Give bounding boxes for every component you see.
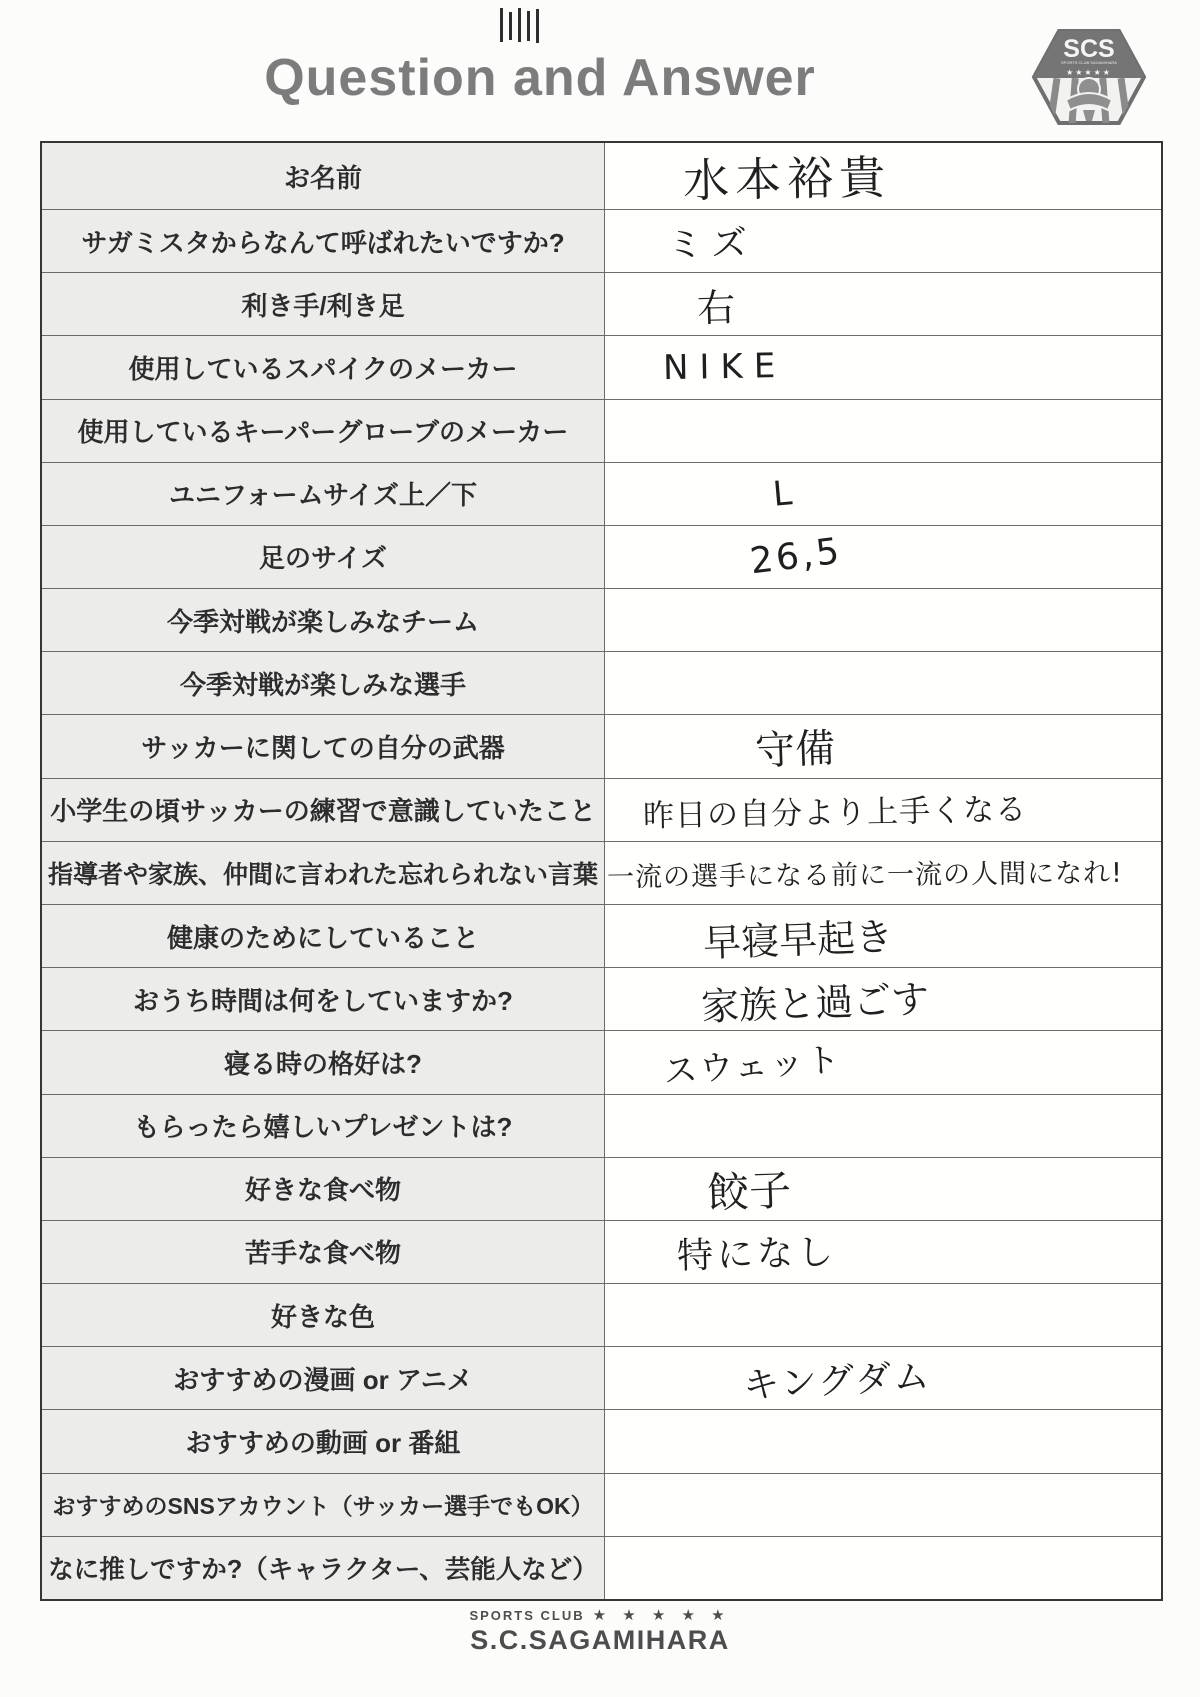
qa-row: サッカーに関しての自分の武器 守備 <box>42 714 1161 777</box>
question-cell: サッカーに関しての自分の武器 <box>42 715 605 777</box>
question-text: おすすめの漫画 or アニメ <box>173 1360 472 1397</box>
answer-cell <box>605 1474 1161 1536</box>
qa-row: 指導者や家族、仲間に言われた忘れられない言葉 一流の選手になる前に一流の人間にな… <box>42 841 1161 904</box>
footer-club-wordmark: SPORTS CLUB★ ★ ★ ★ ★ S.C.SAGAMIHARA <box>0 1606 1200 1656</box>
question-cell: お名前 <box>42 143 605 209</box>
qa-row: 使用しているキーパーグローブのメーカー <box>42 399 1161 462</box>
qa-row: 利き手/利き足 右 <box>42 272 1161 335</box>
qa-row: 好きな色 <box>42 1283 1161 1346</box>
question-text: 使用しているスパイクのメーカー <box>129 349 518 386</box>
qa-row: もらったら嬉しいプレゼントは? <box>42 1094 1161 1157</box>
question-text: おすすめの動画 or 番組 <box>186 1423 461 1460</box>
answer-handwriting: キングダム <box>742 1348 933 1409</box>
answer-handwriting: 守備 <box>754 717 836 777</box>
question-text: サガミスタからなんて呼ばれたいですか? <box>81 223 564 260</box>
qa-row: 苦手な食べ物 特になし <box>42 1220 1161 1283</box>
question-text: 指導者や家族、仲間に言われた忘れられない言葉 <box>48 855 598 891</box>
question-cell: 使用しているキーパーグローブのメーカー <box>42 400 605 462</box>
answer-cell: 右 <box>605 273 1161 335</box>
answer-handwriting: NIKE <box>663 346 787 388</box>
question-cell: おうち時間は何をしていますか? <box>42 968 605 1030</box>
footer-sports-club-line: SPORTS CLUB★ ★ ★ ★ ★ <box>0 1606 1200 1624</box>
question-cell: 利き手/利き足 <box>42 273 605 335</box>
answer-cell: キングダム <box>605 1347 1161 1409</box>
answer-cell: スウェット <box>605 1031 1161 1093</box>
qa-row: お名前 水本裕貴 <box>42 143 1161 209</box>
question-cell: ユニフォームサイズ上／下 <box>42 463 605 525</box>
answer-cell: 家族と過ごす <box>605 968 1161 1030</box>
answer-handwriting: ミズ <box>666 214 755 267</box>
qa-row: 健康のためにしていること 早寝早起き <box>42 904 1161 967</box>
answer-handwriting: 家族と過ごす <box>700 968 930 1031</box>
answer-cell: 水本裕貴 <box>605 143 1161 209</box>
answer-cell: 昨日の自分より上手くなる <box>605 779 1161 841</box>
answer-handwriting: 水本裕貴 <box>682 141 891 211</box>
question-cell: 使用しているスパイクのメーカー <box>42 336 605 398</box>
question-cell: もらったら嬉しいプレゼントは? <box>42 1095 605 1157</box>
question-cell: 好きな食べ物 <box>42 1158 605 1220</box>
question-cell: おすすめの漫画 or アニメ <box>42 1347 605 1409</box>
qa-row: 今季対戦が楽しみな選手 <box>42 651 1161 714</box>
question-text: 好きな食べ物 <box>245 1170 401 1207</box>
question-text: 寝る時の格好は? <box>224 1044 422 1081</box>
answer-cell <box>605 1537 1161 1599</box>
scs-logo-subtext: SPORTS CLUB SAGAMIHARA <box>1061 60 1117 65</box>
qa-row: 寝る時の格好は? スウェット <box>42 1030 1161 1093</box>
question-cell: おすすめのSNSアカウント（サッカー選手でもOK） <box>42 1474 605 1536</box>
question-cell: 健康のためにしていること <box>42 905 605 967</box>
qa-row: サガミスタからなんて呼ばれたいですか? ミズ <box>42 209 1161 272</box>
question-cell: 今季対戦が楽しみな選手 <box>42 652 605 714</box>
qa-table: お名前 水本裕貴 サガミスタからなんて呼ばれたいですか? ミズ 利き手/利き足 … <box>40 141 1163 1601</box>
answer-cell <box>605 1095 1161 1157</box>
question-text: 利き手/利き足 <box>241 286 404 323</box>
answer-handwriting: スウェット <box>662 1032 844 1093</box>
answer-cell: 一流の選手になる前に一流の人間になれ! <box>605 842 1161 904</box>
question-text: 好きな色 <box>271 1297 375 1334</box>
qa-row: おすすめのSNSアカウント（サッカー選手でもOK） <box>42 1473 1161 1536</box>
question-text: もらったら嬉しいプレゼントは? <box>134 1107 513 1144</box>
footer-stars: ★ ★ ★ ★ ★ <box>593 1607 731 1624</box>
question-text: 小学生の頃サッカーの練習で意識していたこと <box>50 791 595 828</box>
scs-logo-stars: ★★★★★ <box>1066 68 1112 77</box>
question-text: 足のサイズ <box>259 538 387 575</box>
qa-row: ユニフォームサイズ上／下 L <box>42 462 1161 525</box>
footer-club-name: S.C.SAGAMIHARA <box>0 1625 1200 1656</box>
qa-row: おすすめの漫画 or アニメ キングダム <box>42 1346 1161 1409</box>
qa-row: 今季対戦が楽しみなチーム <box>42 588 1161 651</box>
answer-cell: L <box>605 463 1161 525</box>
question-text: お名前 <box>284 158 362 195</box>
qa-row: なに推しですか?（キャラクター、芸能人など） <box>42 1536 1161 1599</box>
question-cell: 寝る時の格好は? <box>42 1031 605 1093</box>
question-text: 健康のためにしていること <box>167 918 479 955</box>
qa-row: おうち時間は何をしていますか? 家族と過ごす <box>42 967 1161 1030</box>
question-cell: 指導者や家族、仲間に言われた忘れられない言葉 <box>42 842 605 904</box>
question-cell: おすすめの動画 or 番組 <box>42 1410 605 1472</box>
question-cell: 今季対戦が楽しみなチーム <box>42 589 605 651</box>
qa-row: 小学生の頃サッカーの練習で意識していたこと 昨日の自分より上手くなる <box>42 778 1161 841</box>
question-text: おうち時間は何をしていますか? <box>133 981 513 1018</box>
question-cell: なに推しですか?（キャラクター、芸能人など） <box>42 1537 605 1599</box>
registration-marks-icon <box>500 8 539 43</box>
question-text: ユニフォームサイズ上／下 <box>169 475 477 512</box>
question-text: なに推しですか?（キャラクター、芸能人など） <box>48 1550 598 1586</box>
question-cell: 小学生の頃サッカーの練習で意識していたこと <box>42 779 605 841</box>
answer-cell: 26,5 <box>605 526 1161 588</box>
answer-cell <box>605 1410 1161 1472</box>
answer-cell: 守備 <box>605 715 1161 777</box>
answer-handwriting: 早寝早起き <box>702 905 894 967</box>
question-text: 苦手な食べ物 <box>245 1233 401 1270</box>
answer-cell: ミズ <box>605 210 1161 272</box>
question-text: おすすめのSNSアカウント（サッカー選手でもOK） <box>52 1488 593 1521</box>
answer-handwriting: L <box>771 473 793 514</box>
answer-cell <box>605 652 1161 714</box>
answer-handwriting: 餃子 <box>706 1157 792 1220</box>
question-cell: 好きな色 <box>42 1284 605 1346</box>
question-text: 使用しているキーパーグローブのメーカー <box>78 412 569 449</box>
answer-cell: 特になし <box>605 1221 1161 1283</box>
question-cell: サガミスタからなんて呼ばれたいですか? <box>42 210 605 272</box>
answer-handwriting: 特になし <box>676 1224 837 1279</box>
answer-handwriting: 一流の選手になる前に一流の人間になれ! <box>607 851 1123 894</box>
answer-handwriting: 26,5 <box>748 531 844 583</box>
question-cell: 苦手な食べ物 <box>42 1221 605 1283</box>
answer-handwriting: 右 <box>696 276 735 332</box>
qa-row: 好きな食べ物 餃子 <box>42 1157 1161 1220</box>
page-title: Question and Answer <box>0 48 1080 108</box>
question-text: 今季対戦が楽しみな選手 <box>180 665 466 702</box>
answer-handwriting: 昨日の自分より上手くなる <box>643 784 1028 836</box>
scs-club-badge-icon: SCS SPORTS CLUB SAGAMIHARA ★★★★★ <box>1028 26 1150 128</box>
qa-row: 足のサイズ 26,5 <box>42 525 1161 588</box>
scs-logo-text: SCS <box>1063 35 1114 63</box>
question-cell: 足のサイズ <box>42 526 605 588</box>
qa-row: 使用しているスパイクのメーカー NIKE <box>42 335 1161 398</box>
answer-cell <box>605 1284 1161 1346</box>
answer-cell: NIKE <box>605 336 1161 398</box>
question-text: 今季対戦が楽しみなチーム <box>167 602 479 639</box>
answer-cell <box>605 400 1161 462</box>
answer-cell: 早寝早起き <box>605 905 1161 967</box>
question-text: サッカーに関しての自分の武器 <box>141 728 504 765</box>
answer-cell: 餃子 <box>605 1158 1161 1220</box>
qa-row: おすすめの動画 or 番組 <box>42 1409 1161 1472</box>
footer-sports-club-text: SPORTS CLUB <box>469 1608 584 1623</box>
answer-cell <box>605 589 1161 651</box>
